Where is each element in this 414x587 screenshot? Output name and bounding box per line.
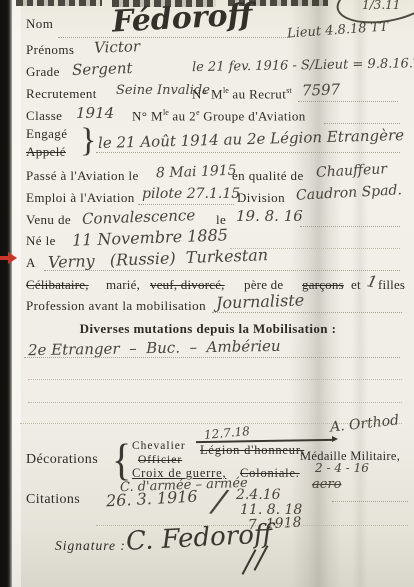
ruled-line xyxy=(24,356,400,358)
field-value-classe: 1914 xyxy=(76,104,114,122)
emploi-value: pilote 27.1.15 xyxy=(142,186,240,202)
decoration-date-note: 12.7.18 xyxy=(203,424,250,442)
circled-note-text: 1/3.11 xyxy=(362,0,400,12)
famille-garcons: garçons xyxy=(302,277,344,293)
famille-veuf-divorce: veuf, divorcé, xyxy=(150,277,225,293)
famille-celibataire: Célibataire, xyxy=(26,277,89,293)
verifier-signature: A. Orthod xyxy=(329,412,400,435)
ruled-line xyxy=(324,122,400,124)
citation-1: 26. 3. 1916 xyxy=(106,487,198,511)
passe-qualite-value: Chauffeur xyxy=(316,161,388,181)
grade-date-note: le 21 fev. 1916 - S/Lieut = 9.8.16.TT. xyxy=(192,56,414,75)
ne-date: 11 Novembre 1885 xyxy=(72,225,228,249)
field-value-nom: Fédoroff xyxy=(111,0,253,40)
field-label-lieu: A xyxy=(26,255,36,271)
clipped-header-artifact xyxy=(16,0,102,6)
recrutement-matricule-label: N° Mle au Recrutst xyxy=(192,86,292,102)
decoration-officier: Officier xyxy=(138,454,182,466)
famille-filles-count: 1 xyxy=(365,271,379,292)
famille-et: et xyxy=(351,277,361,293)
signature-flourish xyxy=(242,549,257,575)
recrutement-number: 7597 xyxy=(302,80,341,99)
passe-date: 8 Mai 1915 xyxy=(156,163,237,182)
engage-brace: } xyxy=(80,122,96,160)
scanned-record-card: 1/3.11 Nom Fédoroff Lieut 4.8.18 TT Prén… xyxy=(0,0,414,587)
field-label-passe: Passé à l'Aviation le xyxy=(26,168,139,184)
field-label-engage: Engagé xyxy=(26,126,67,142)
classe-mid-c: Groupe d'Aviation xyxy=(200,108,306,123)
red-arrow-shaft xyxy=(0,256,8,260)
venu-date: 19. 8. 16 xyxy=(236,207,303,225)
ruled-line xyxy=(96,151,400,153)
recrutement-mid-b: au Recrut xyxy=(229,86,286,101)
field-value-grade: Sergent xyxy=(72,59,133,79)
signature-label: Signature : xyxy=(55,538,126,554)
ruled-line xyxy=(58,36,290,38)
citation-2: 2.4.16 xyxy=(236,487,281,503)
ruled-line xyxy=(298,100,398,102)
field-label-citations: Citations xyxy=(26,492,80,508)
scan-edge-highlight xyxy=(12,0,21,587)
ruled-line xyxy=(332,500,408,502)
field-label-appele: Appelé xyxy=(26,144,66,160)
decorations-brace: { xyxy=(112,434,131,486)
decoration-chevalier: Chevalier xyxy=(132,440,186,452)
classe-matricule-label: N° Mle au 2e Groupe d'Aviation xyxy=(132,108,306,124)
famille-filles: filles xyxy=(378,277,405,293)
red-arrow-icon xyxy=(8,252,17,264)
field-label-grade: Grade xyxy=(26,64,60,80)
passe-qualite-label: en qualité de xyxy=(232,168,304,184)
field-label-profession: Profession avant la mobilisation xyxy=(26,298,206,314)
recrutement-sup-b: st xyxy=(286,86,291,95)
emploi-division-value: Caudron Spad. xyxy=(296,182,403,204)
recrutement-mid-a: N° M xyxy=(192,86,223,101)
medaille-date: 2 - 4 - 16 xyxy=(315,461,369,475)
field-label-ne: Né le xyxy=(26,233,56,249)
venu-value: Convalescence xyxy=(82,206,196,228)
field-label-recrutement: Recrutement xyxy=(26,86,97,102)
mutations-heading: Diverses mutations depuis la Mobilisatio… xyxy=(12,321,404,337)
field-label-nom: Nom xyxy=(26,16,53,32)
ruled-line xyxy=(300,225,400,227)
top-right-annotation: Lieut 4.8.18 TT xyxy=(287,19,389,41)
profession-value: Journaliste xyxy=(216,290,305,312)
field-label-decorations: Décorations xyxy=(26,452,98,468)
famille-marie: marié, xyxy=(106,277,140,293)
ink-arrow-head xyxy=(332,436,338,442)
ruled-line xyxy=(138,203,234,205)
field-label-emploi: Emploi à l'Aviation xyxy=(26,190,135,206)
decoration-legion: Légion d'honneur, xyxy=(200,443,304,458)
ruled-line xyxy=(28,378,402,380)
field-label-venu: Venu de xyxy=(26,212,71,228)
field-label-prenoms: Prénoms xyxy=(26,42,74,58)
scan-shadow-band-2 xyxy=(352,0,368,587)
ruled-line xyxy=(28,401,402,403)
signature-value: C. Fedoroff xyxy=(125,519,273,557)
decoration-coloniale: Coloniale. xyxy=(240,466,300,481)
field-value-prenoms: Victor xyxy=(94,37,141,57)
classe-mid-b: au 2 xyxy=(169,108,196,123)
scan-left-border xyxy=(0,0,12,587)
classe-mid-a: N° M xyxy=(132,108,163,123)
emploi-division-label: Division xyxy=(237,190,285,206)
ruled-line xyxy=(44,269,400,271)
aero-note: aero xyxy=(312,477,342,492)
field-value-engage: le 21 Août 1914 au 2e Légion Etrangère xyxy=(98,126,404,152)
ruled-line xyxy=(212,311,402,313)
field-label-classe: Classe xyxy=(26,108,62,124)
